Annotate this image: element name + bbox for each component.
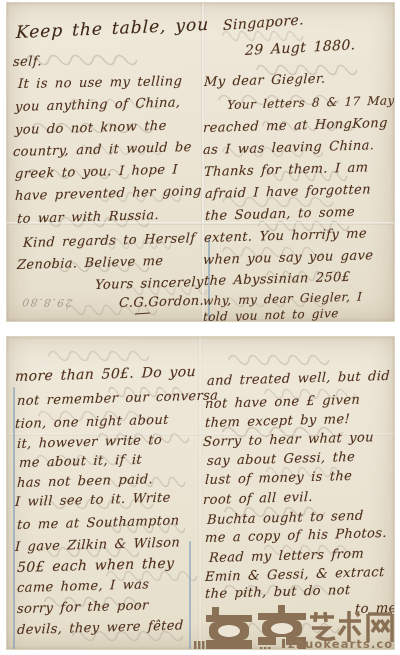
handwriting-line: as I was leaving China. — [203, 139, 375, 157]
handwriting-line: Sorry to hear what you — [203, 431, 374, 449]
handwriting-line: I will see to it. Write — [15, 492, 171, 510]
handwriting-line: Zenobia. Believe me — [17, 255, 164, 273]
handwriting-line: self. — [13, 55, 43, 69]
handwriting-line: root of all evil. — [203, 491, 314, 508]
handwriting-line: Yours sincerely — [95, 276, 204, 293]
handwriting-line: reached me at HongKong — [203, 117, 388, 136]
letter-photo-top: Keep the table, you self. It is no use m… — [6, 2, 395, 322]
handwriting-line: not remember our conversa — [17, 389, 219, 408]
handwriting-line: more than 50£. Do you — [15, 365, 197, 385]
handwriting-line: them except by me! — [205, 413, 351, 431]
handwriting-line: Buchta ought to send — [207, 510, 364, 528]
handwriting-line: say about Gessi, the — [207, 451, 356, 469]
handwriting-line: it, however write to — [17, 434, 163, 452]
handwriting-line: Read my letters from — [209, 548, 365, 566]
handwriting-line: Keep the table, you — [16, 17, 210, 43]
handwriting-line: My dear Giegler. — [204, 73, 326, 90]
letter-photo-bottom: more than 50£. Do you not remember our c… — [6, 336, 395, 650]
signature-flourish — [135, 312, 150, 314]
handwriting-line: to me at Southampton — [17, 514, 180, 532]
handwriting-line: me about it, if it — [19, 454, 143, 471]
handwriting-line: have prevented her going — [15, 185, 202, 204]
handwriting-line: country, and it would be — [13, 141, 192, 160]
handwriting-line: has not been paid. — [17, 473, 154, 490]
handwriting-line: the Soudan, to some — [205, 206, 356, 224]
handwriting-line: 50£ each when they — [17, 557, 175, 576]
watermark-divider-tick — [282, 639, 285, 648]
handwriting-line: Emin & Gessi, & extract — [205, 566, 385, 585]
handwriting-line: Thanks for them. I am — [204, 161, 369, 179]
handwriting-line: the Abyssinian 250£ — [204, 271, 351, 289]
handwriting-line: afraid I have forgotten — [205, 183, 371, 201]
letter-auction-photo: Keep the table, you self. It is no use m… — [0, 0, 400, 655]
handwriting-line: I gave Zilkin & Wilson — [15, 536, 181, 554]
handwriting-line: It is no use my telling — [18, 75, 183, 92]
handwriting-line: not have one £ given — [205, 394, 361, 412]
handwriting-line: extent. You horrify me — [204, 227, 367, 245]
page-fold-seam — [198, 337, 202, 649]
handwriting-line: lust of money is the — [205, 470, 353, 488]
watermark-domain-text: zhuokearts.com — [288, 637, 395, 650]
handwriting-line: devils, they were fêted — [17, 619, 184, 637]
handwriting-line: Kind regards to Herself — [23, 232, 196, 250]
handwriting-line: why, my dear Giegler, I — [203, 291, 363, 308]
handwriting-line: Your letters 8 & 17 May — [227, 94, 395, 111]
handwriting-line: the pith, but do not — [205, 584, 351, 602]
handwriting-line: greek to you. I hope I — [15, 163, 178, 181]
signature-line: C.G.Gordon. — [119, 295, 205, 311]
margin-line — [189, 541, 191, 649]
handwriting-line: Singapore. — [223, 13, 304, 33]
handwriting-line: sorry for the poor — [17, 599, 149, 616]
handwriting-line: you do not know the — [15, 120, 167, 138]
handwriting-line: when you say you gave — [203, 249, 374, 267]
handwriting-line: me a copy of his Photos. — [205, 527, 387, 546]
handwriting-line: 29 Augt 1880. — [245, 38, 356, 59]
pencil-date-annotation: 29.8.80 — [20, 296, 73, 309]
handwriting-line: came home, I was — [17, 578, 150, 595]
zhuokearts-watermark: zhuokearts.com — [194, 604, 395, 650]
handwriting-line: you anything of China, — [15, 96, 181, 114]
handwriting-line: tion, one night about — [15, 414, 169, 432]
handwriting-line: told you not to give — [203, 307, 339, 322]
handwriting-line: and treated well, but did — [207, 370, 391, 389]
